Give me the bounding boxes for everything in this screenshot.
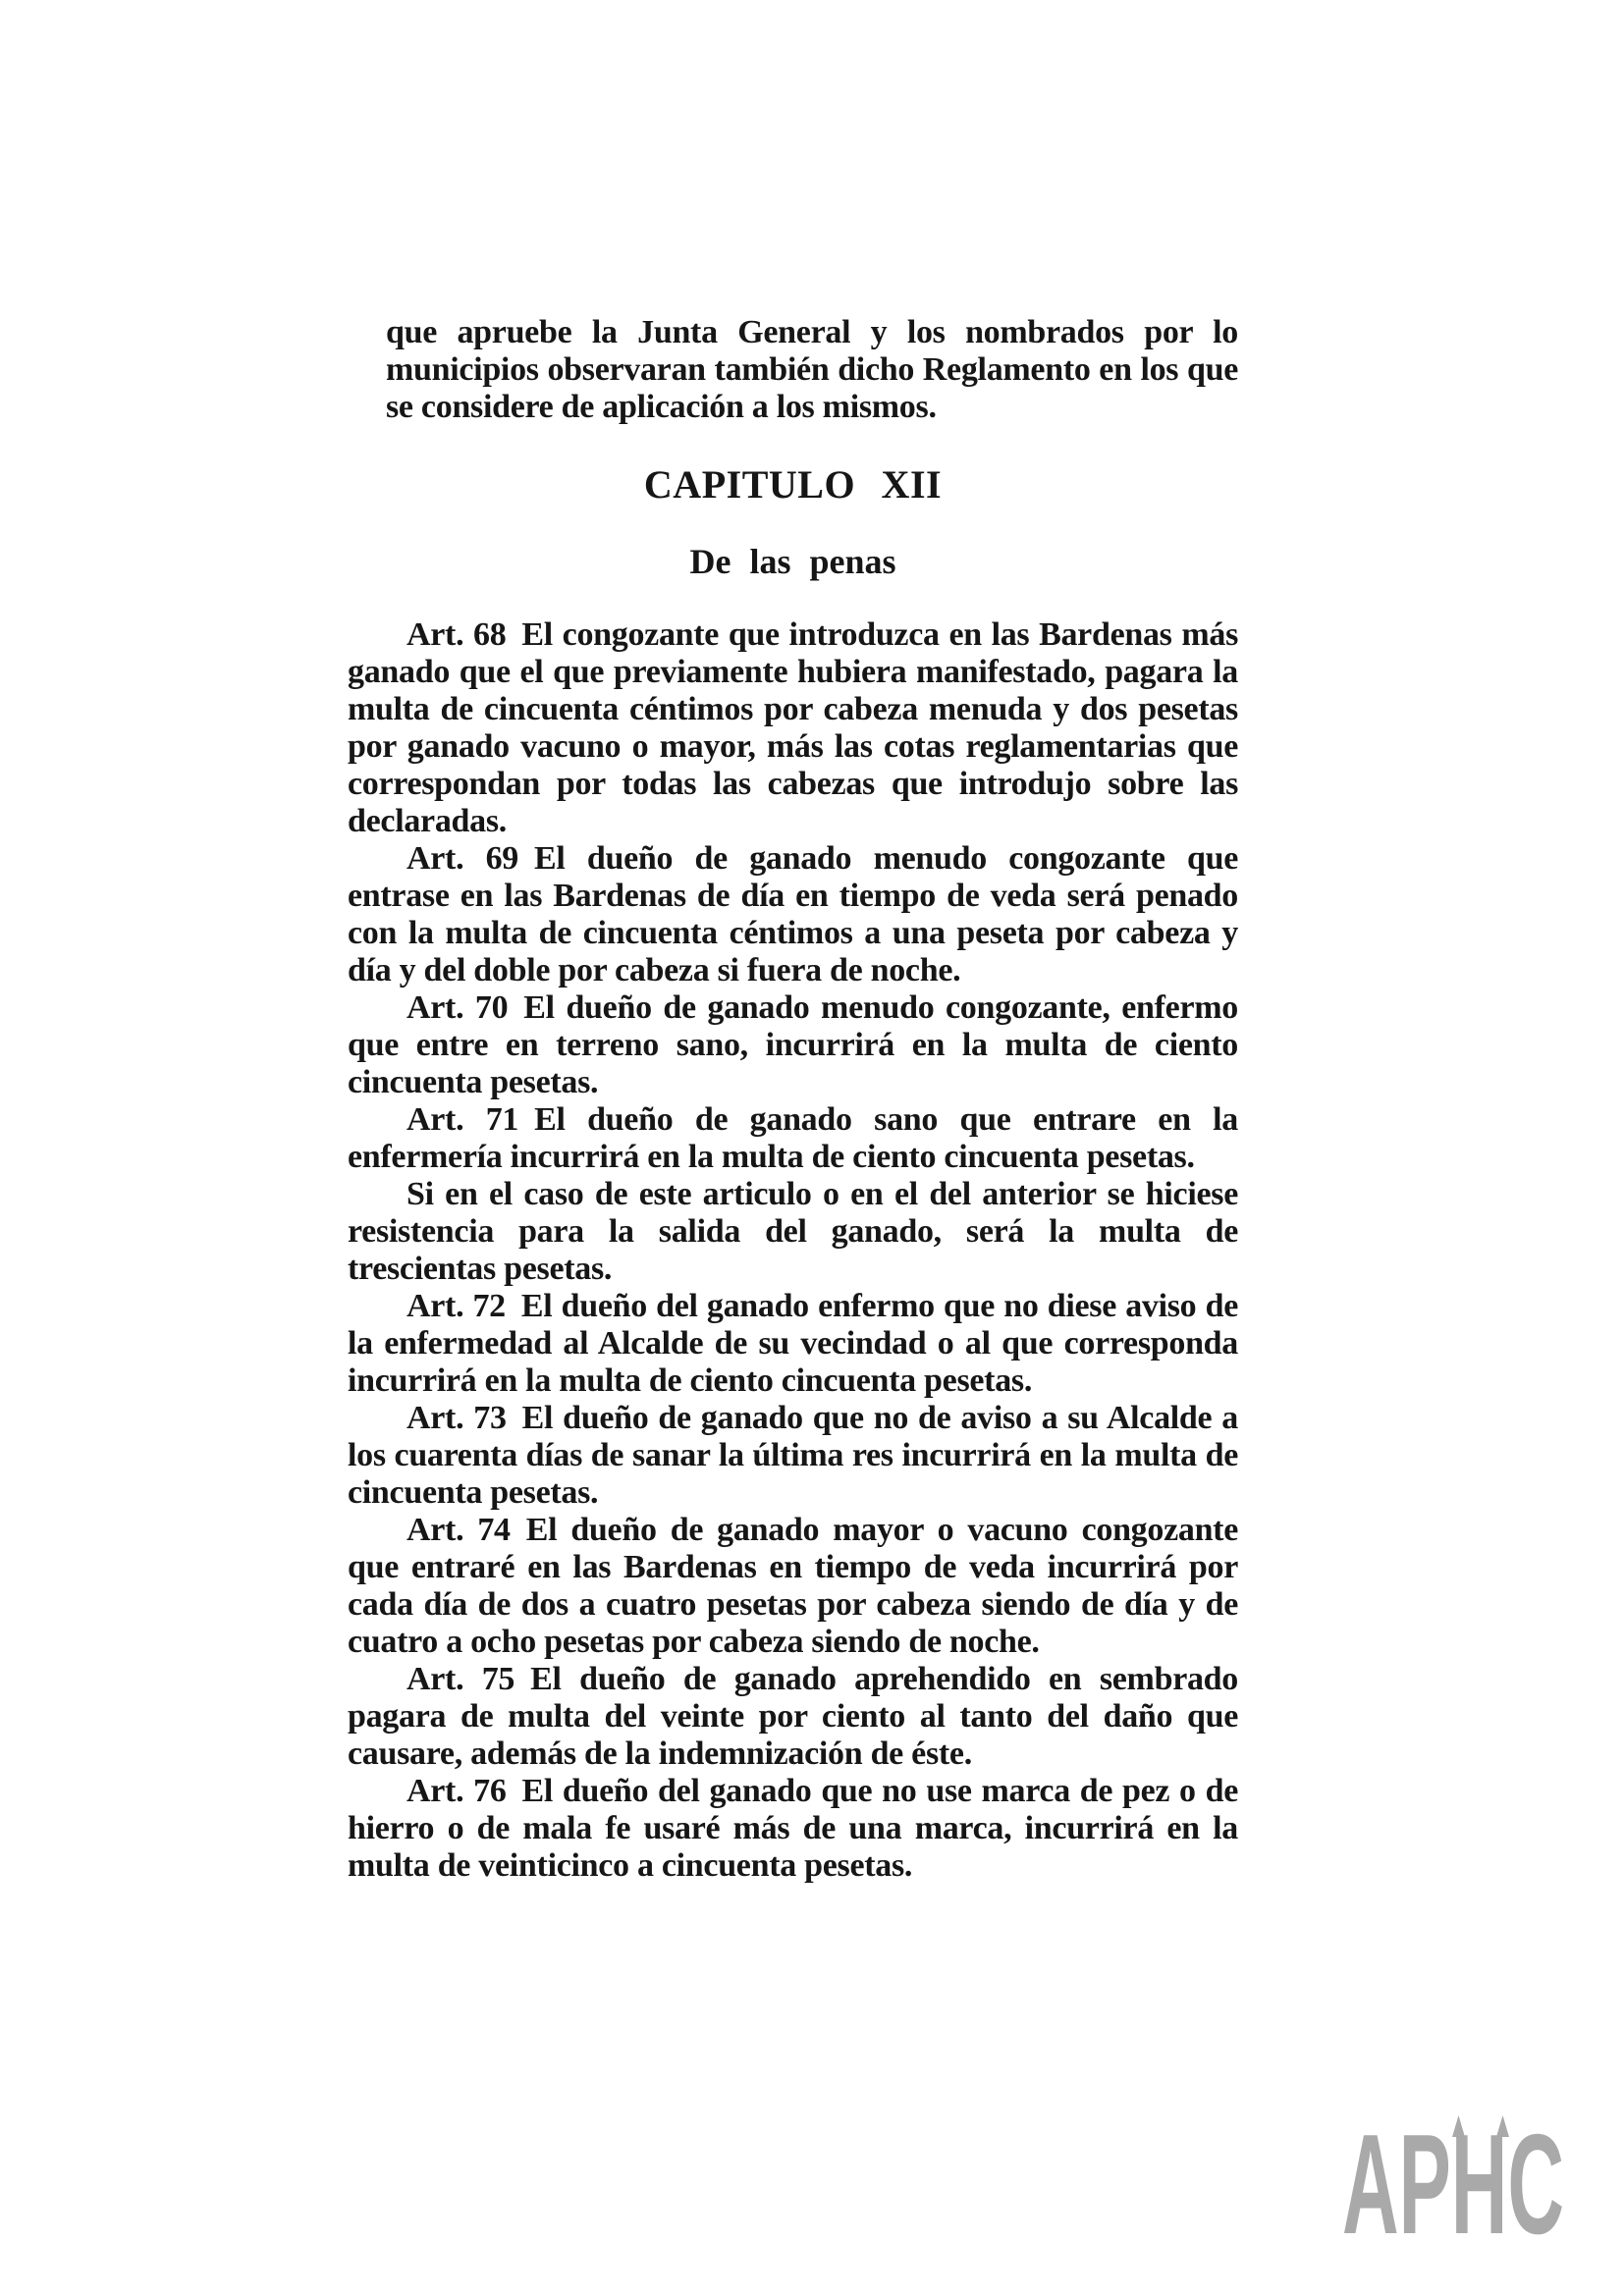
article-continuation-paragraph: Si en el caso de este articulo o en el d… xyxy=(348,1176,1238,1288)
article-paragraph-73: Art. 73El dueño de ganado que no de avis… xyxy=(348,1400,1238,1512)
aphc-logo-icon: APHC xyxy=(1342,2115,1564,2238)
article-label: Art. 74 xyxy=(406,1512,511,1548)
article-label: Art. 71 xyxy=(406,1101,518,1138)
article-paragraph-75: Art. 75El dueño de ganado aprehendido en… xyxy=(348,1661,1238,1773)
intro-paragraph: que apruebe la Junta General y los nombr… xyxy=(386,314,1238,426)
article-label: Art. 76 xyxy=(406,1773,507,1809)
article-paragraph-76: Art. 76El dueño del ganado que no use ma… xyxy=(348,1773,1238,1885)
chapter-subtitle: De las penas xyxy=(348,542,1238,581)
article-paragraph-69: Art. 69El dueño de ganado menudo congoza… xyxy=(348,840,1238,989)
article-text: Si en el caso de este articulo o en el d… xyxy=(348,1176,1238,1287)
chapter-title: CAPITULO XII xyxy=(348,463,1238,507)
articles-section: Art. 68El congozante que introduzca en l… xyxy=(348,616,1238,1885)
article-paragraph-71: Art. 71El dueño de ganado sano que entra… xyxy=(348,1101,1238,1176)
article-label: Art. 68 xyxy=(406,616,506,653)
document-page: que apruebe la Junta General y los nombr… xyxy=(348,314,1238,1885)
article-label: Art. 69 xyxy=(406,840,518,877)
article-paragraph-72: Art. 72El dueño del ganado enfermo que n… xyxy=(348,1288,1238,1400)
article-paragraph-70: Art. 70El dueño de ganado menudo congoza… xyxy=(348,989,1238,1101)
article-paragraph-74: Art. 74El dueño de ganado mayor o vacuno… xyxy=(348,1512,1238,1661)
aphc-watermark: APHC xyxy=(1342,2115,1564,2238)
article-label: Art. 72 xyxy=(406,1288,506,1324)
article-paragraph-68: Art. 68El congozante que introduzca en l… xyxy=(348,616,1238,840)
article-label: Art. 73 xyxy=(406,1400,507,1436)
article-label: Art. 70 xyxy=(406,989,508,1026)
article-label: Art. 75 xyxy=(406,1661,514,1697)
